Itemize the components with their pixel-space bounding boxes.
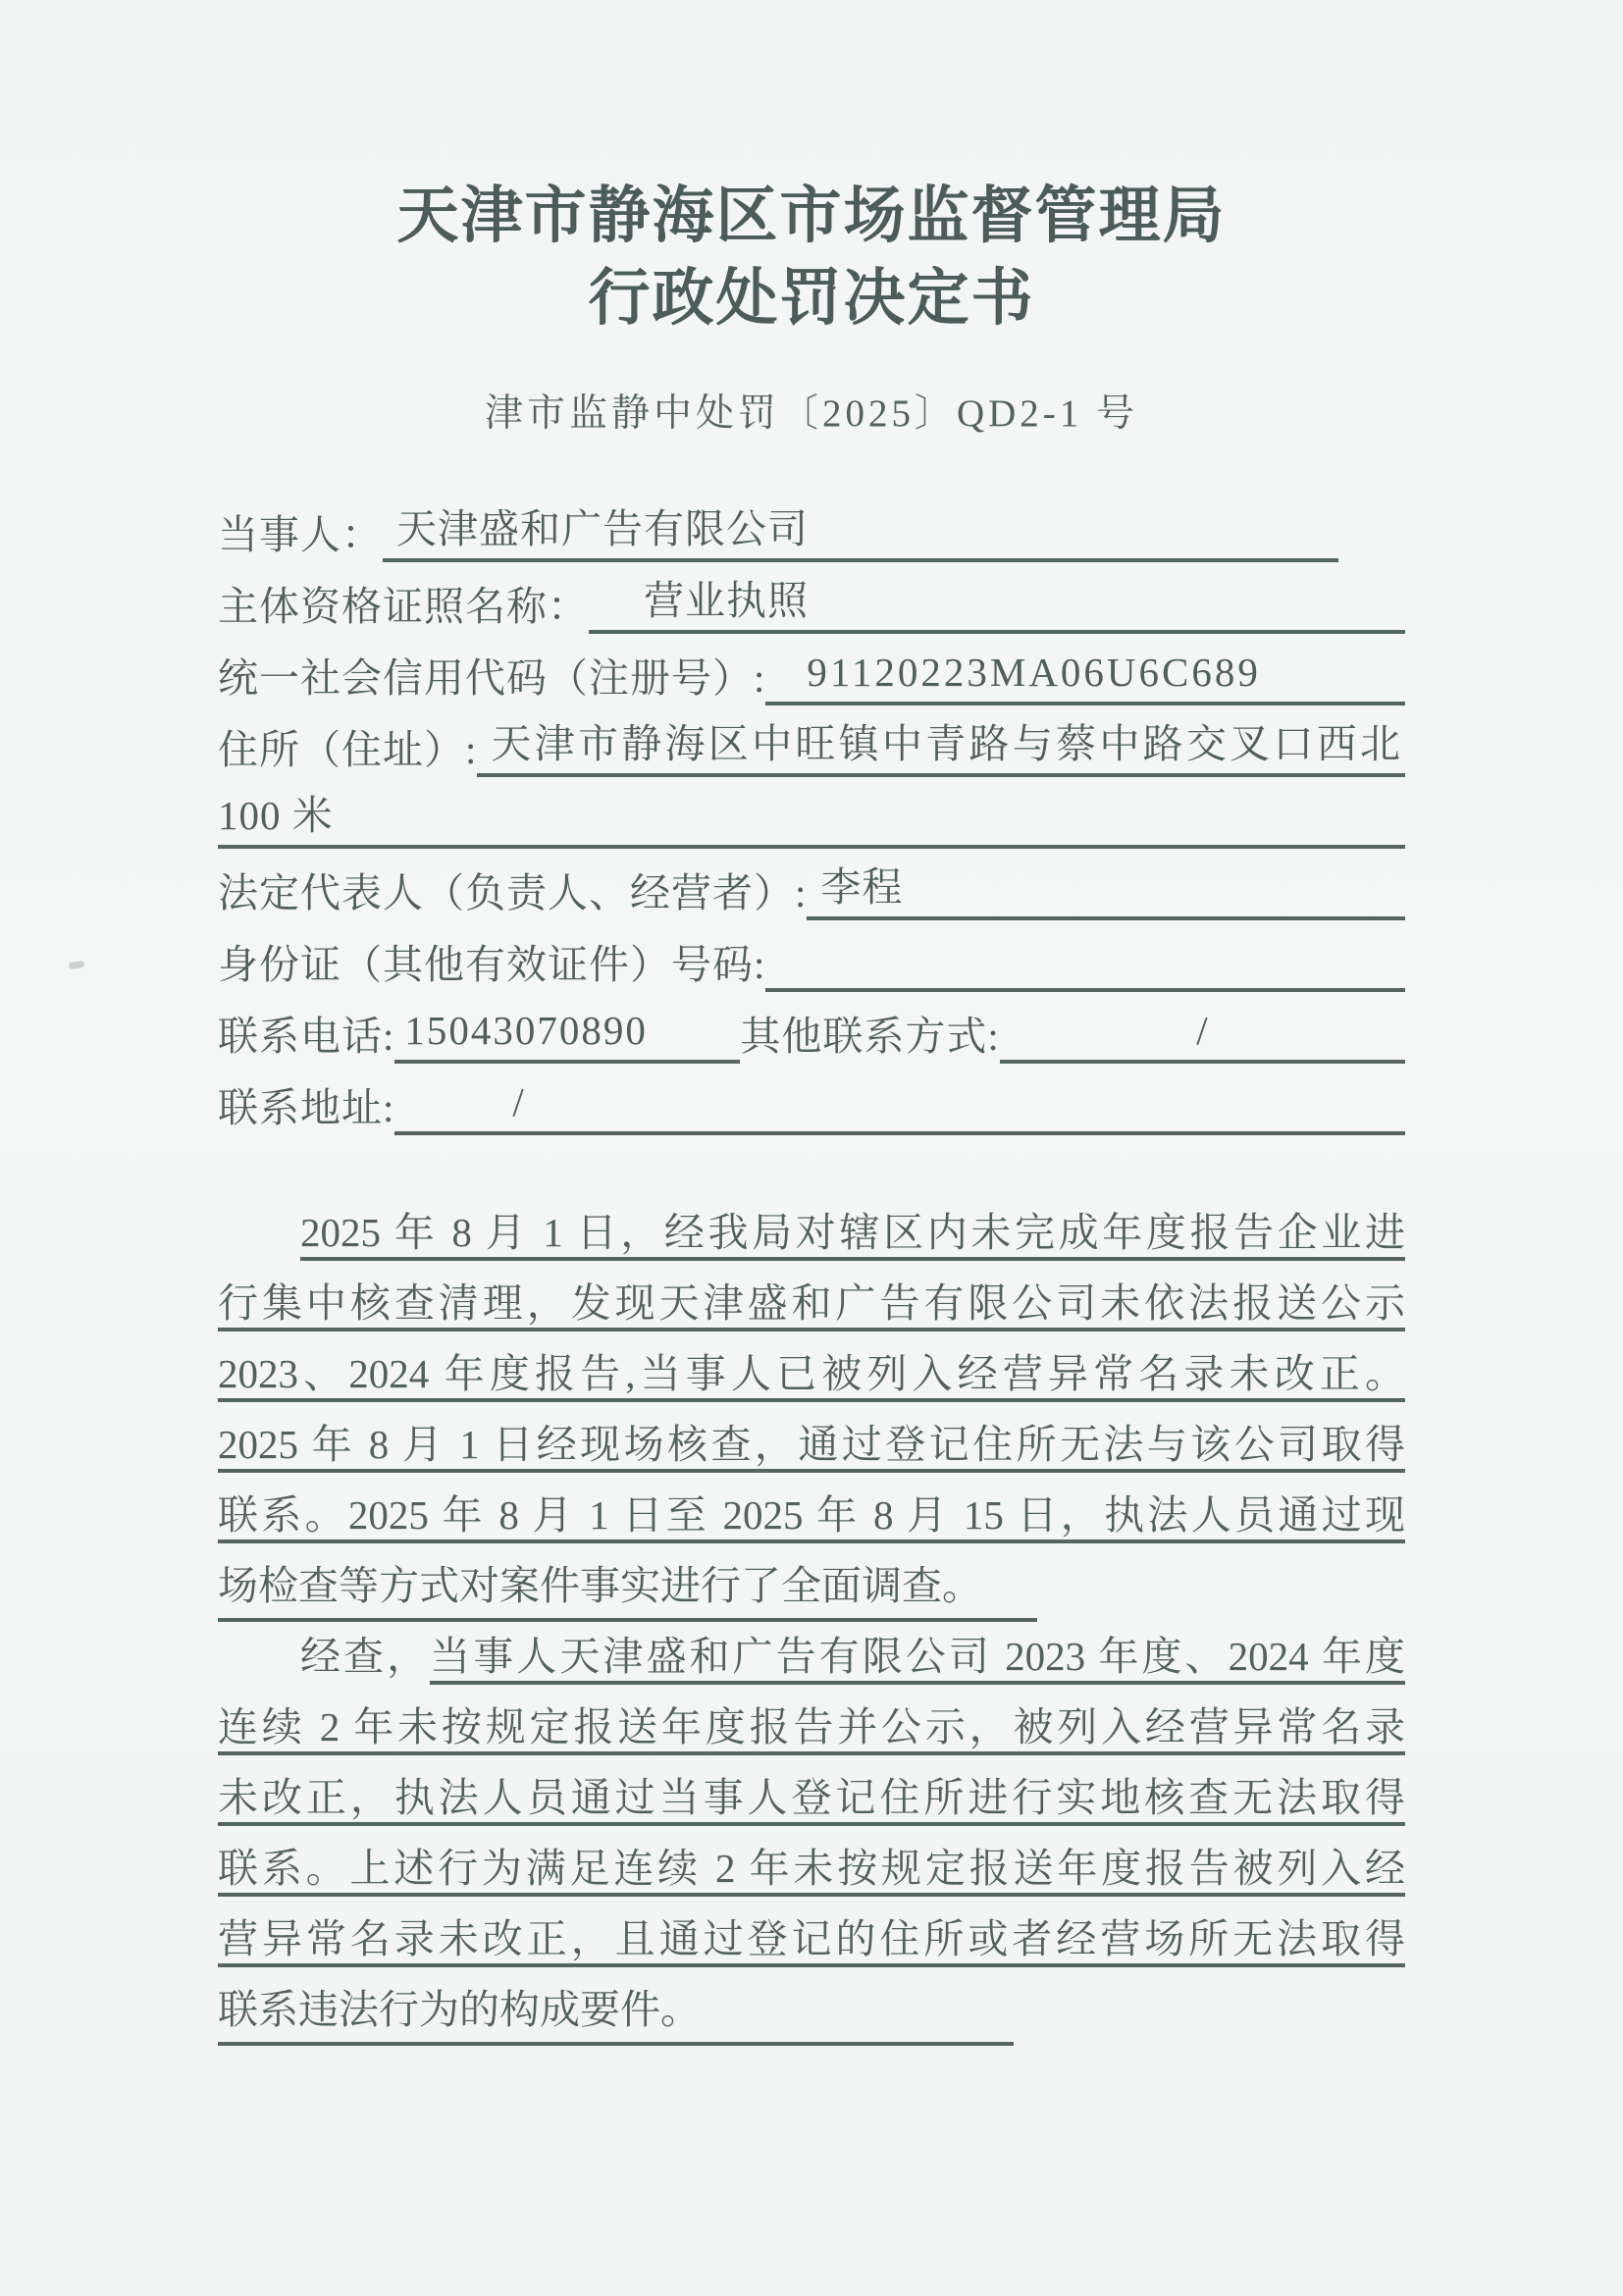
paragraph2-prefix: 经查，: [300, 1634, 430, 1681]
form-row-address: 住所（住址）: 天津市静海区中旺镇中青路与蔡中路交叉口西北: [218, 705, 1405, 777]
license-label: 主体资格证照名称：: [218, 579, 589, 634]
form-row-license: 主体资格证照名称： 营业执照: [218, 562, 1405, 634]
document-number: 津市监静中处罚〔2025〕QD2-1 号: [218, 383, 1405, 438]
form-row-contact-address: 联系地址: /: [218, 1064, 1405, 1135]
scan-artifact: [69, 961, 85, 969]
address-value-cont: 100 米: [218, 788, 1405, 849]
paragraph1-line1: 2025 年 8 月 1 日，经我局对辖区内未完成年度报告企业进: [218, 1198, 1405, 1269]
form-row-id-number: 身份证（其他有效证件）号码:: [218, 920, 1405, 992]
paragraph2-line1: 经查，当事人天津盛和广告有限公司 2023 年度、2024 年度: [218, 1622, 1405, 1693]
paragraph1-line3: 2023、2024 年度报告,当事人已被列入经营异常名录未改正。: [218, 1339, 1405, 1410]
address-label: 住所（住址）:: [218, 722, 477, 777]
party-value: 天津盛和广告有限公司: [383, 501, 1338, 562]
paragraph2-line5: 营异常名录未改正，且通过登记的住所或者经营场所无法取得: [218, 1905, 1405, 1975]
contact-address-value: /: [394, 1074, 1405, 1135]
legal-rep-value: 李程: [807, 860, 1405, 920]
paragraph2-line4: 联系。上述行为满足连续 2 年未按规定报送年度报告被列入经: [218, 1834, 1405, 1905]
document-page: 天津市静海区市场监督管理局 行政处罚决定书 津市监静中处罚〔2025〕QD2-1…: [0, 0, 1623, 2296]
party-info-section: 当事人： 天津盛和广告有限公司 主体资格证照名称： 营业执照 统一社会信用代码（…: [218, 491, 1405, 1135]
legal-rep-label: 法定代表人（负责人、经营者）:: [218, 865, 807, 920]
uscc-label: 统一社会信用代码（注册号）:: [218, 651, 765, 705]
form-row-address-cont: 100 米: [218, 777, 1405, 849]
paragraph1-line5: 联系。2025 年 8 月 1 日至 2025 年 8 月 15 日，执法人员通…: [218, 1481, 1405, 1551]
contact-address-label: 联系地址:: [218, 1080, 394, 1135]
title-line-1: 天津市静海区市场监督管理局: [218, 175, 1405, 257]
address-value: 天津市静海区中旺镇中青路与蔡中路交叉口西北: [477, 716, 1405, 777]
paragraph1-line2: 行集中核查清理，发现天津盛和广告有限公司未依法报送公示: [218, 1269, 1405, 1339]
other-contact-label: 其他联系方式:: [740, 1009, 999, 1064]
form-row-legal-rep: 法定代表人（负责人、经营者）: 李程: [218, 849, 1405, 920]
paragraph1-line6: 场检查等方式对案件事实进行了全面调查。: [218, 1551, 1405, 1622]
title-line-2: 行政处罚决定书: [218, 257, 1405, 339]
paragraph2-line3: 未改正，执法人员通过当事人登记住所进行实地核查无法取得: [218, 1763, 1405, 1834]
document-body: 2025 年 8 月 1 日，经我局对辖区内未完成年度报告企业进 行集中核查清理…: [218, 1198, 1405, 2046]
form-row-phone: 联系电话: 15043070890 其他联系方式: /: [218, 992, 1405, 1064]
form-row-uscc: 统一社会信用代码（注册号）: 91120223MA06U6C689: [218, 634, 1405, 705]
id-number-label: 身份证（其他有效证件）号码:: [218, 937, 765, 992]
form-row-party: 当事人： 天津盛和广告有限公司: [218, 491, 1405, 562]
phone-value: 15043070890: [394, 1003, 740, 1064]
paragraph2-line6: 联系违法行为的构成要件。: [218, 1975, 1405, 2046]
paragraph1-line4: 2025 年 8 月 1 日经现场核查，通过登记住所无法与该公司取得: [218, 1410, 1405, 1481]
paragraph2-line2: 连续 2 年未按规定报送年度报告并公示，被列入经营异常名录: [218, 1693, 1405, 1763]
uscc-value: 91120223MA06U6C689: [765, 645, 1405, 705]
phone-label: 联系电话:: [218, 1009, 394, 1064]
other-contact-value: /: [1000, 1003, 1405, 1064]
license-value: 营业执照: [589, 573, 1405, 634]
party-label: 当事人：: [218, 507, 383, 562]
document-title: 天津市静海区市场监督管理局 行政处罚决定书: [218, 175, 1405, 339]
id-number-value: [765, 986, 1405, 992]
